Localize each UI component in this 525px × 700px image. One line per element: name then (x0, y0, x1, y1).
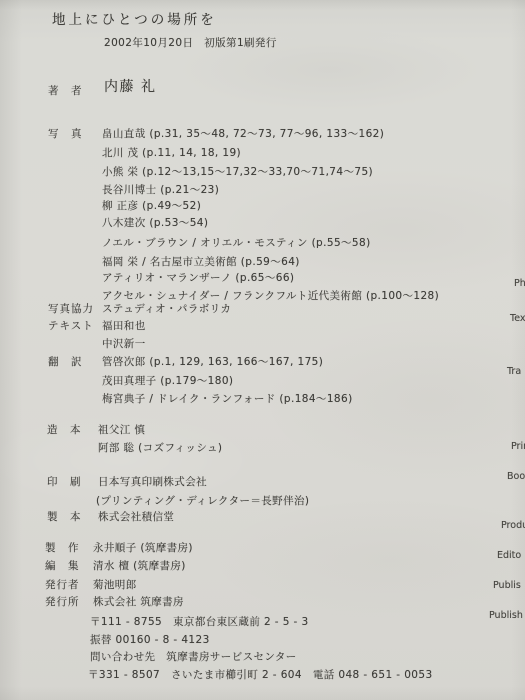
facing-page-text-fragment: Publish (489, 610, 523, 622)
photo-credit-line: 柳 正彦 (p.49～52) (102, 200, 201, 213)
photo-credit-line: 長谷川博士 (p.21～23) (102, 184, 219, 197)
text-credit-line: 福田和也 (102, 320, 146, 333)
book-design-credit-line: 阿部 聡 (コズフィッシュ) (98, 442, 222, 455)
credit-label-book-design: 造 本 (47, 424, 82, 437)
photo-credit-line: 北川 茂 (p.11, 14, 18, 19) (102, 147, 241, 160)
facing-page-text-fragment: Tra (507, 366, 521, 378)
credit-label-author: 著 者 (48, 85, 83, 98)
facing-page-text-fragment: Produ (501, 520, 525, 532)
translation-credit-line: 茂田真理子 (p.179～180) (102, 375, 233, 388)
facing-page-text-fragment: Edito (497, 550, 521, 562)
book-design-credit-line: 祖父江 慎 (98, 424, 145, 437)
edition-date-line: 2002年10月20日 初版第1刷発行 (104, 37, 277, 50)
photo-credit-line: アティリオ・マランザーノ (p.65～66) (102, 272, 294, 285)
credit-label-publisher: 発行所 (45, 596, 80, 609)
publisher-service-center-line: 〒331 - 8507 さいたま市櫛引町 2 - 604 電話 048 - 65… (88, 669, 433, 682)
credit-label-photography: 写 真 (48, 128, 83, 141)
credit-label-printing: 印 刷 (47, 476, 82, 489)
binding-credit-line: 株式会社積信堂 (98, 511, 174, 524)
translation-credit-line: 管啓次郎 (p.1, 129, 163, 166～167, 175) (102, 356, 323, 369)
credit-label-binding: 製 本 (47, 511, 82, 524)
photo-credit-line: アクセル・シュナイダー / フランクフルト近代美術館 (p.100～128) (102, 290, 439, 303)
publisher-address-line: 〒111 - 8755 東京都台東区蔵前 2 - 5 - 3 (90, 616, 309, 629)
photo-credit-line: 八木建次 (p.53～54) (102, 217, 208, 230)
printing-credit-line: (プリンティング・ディレクター＝長野伴治) (96, 495, 309, 508)
book-title: 地上にひとつの場所を (52, 14, 217, 27)
credit-label-photo-cooperation: 写真協力 (48, 303, 94, 316)
facing-page-text-fragment: Ph (514, 278, 525, 290)
photo-cooperation-credit-line: ステュディオ・パラボリカ (102, 303, 231, 316)
publisher-credit-line: 株式会社 筑摩書房 (93, 596, 184, 609)
photo-credit-line: 福岡 栄 / 名古屋市立美術館 (p.59～64) (102, 256, 300, 269)
publisher-person-credit-line: 菊池明郎 (93, 579, 137, 592)
credit-label-publisher-person: 発行者 (45, 579, 80, 592)
publisher-postal-transfer-line: 振替 00160 - 8 - 4123 (90, 634, 210, 647)
photo-credit-line: ノエル・ブラウン / オリエル・モスティン (p.55～58) (102, 237, 371, 250)
production-credit-line: 永井順子 (筑摩書房) (93, 542, 193, 555)
credit-label-editing: 編 集 (45, 560, 80, 573)
facing-page-text-fragment: Tex (510, 313, 525, 325)
photo-credit-line: 畠山直哉 (p.31, 35～48, 72～73, 77～96, 133～162… (102, 128, 384, 141)
printing-credit-line: 日本写真印刷株式会社 (98, 476, 207, 489)
photo-credit-line: 小熊 栄 (p.12～13,15～17,32～33,70～71,74～75) (102, 166, 373, 179)
facing-page-text-fragment: Publis (493, 580, 521, 592)
publisher-contact-line: 問い合わせ先 筑摩書房サービスセンター (90, 651, 297, 664)
text-credit-line: 中沢新一 (102, 338, 146, 351)
facing-page-text-fragment: Book (507, 471, 525, 483)
facing-page-text-fragment: Prin (511, 441, 525, 453)
book-colophon-page: 地上にひとつの場所を 2002年10月20日 初版第1刷発行 著 者 内藤 礼 … (0, 0, 525, 700)
credit-label-production: 製 作 (45, 542, 80, 555)
translation-credit-line: 梅宮典子 / ドレイク・ランフォード (p.184～186) (102, 393, 353, 406)
editing-credit-line: 清水 檀 (筑摩書房) (93, 560, 186, 573)
author-name: 内藤 礼 (104, 81, 156, 94)
credit-label-translation: 翻 訳 (48, 356, 83, 369)
credit-label-text: テキスト (48, 320, 94, 333)
